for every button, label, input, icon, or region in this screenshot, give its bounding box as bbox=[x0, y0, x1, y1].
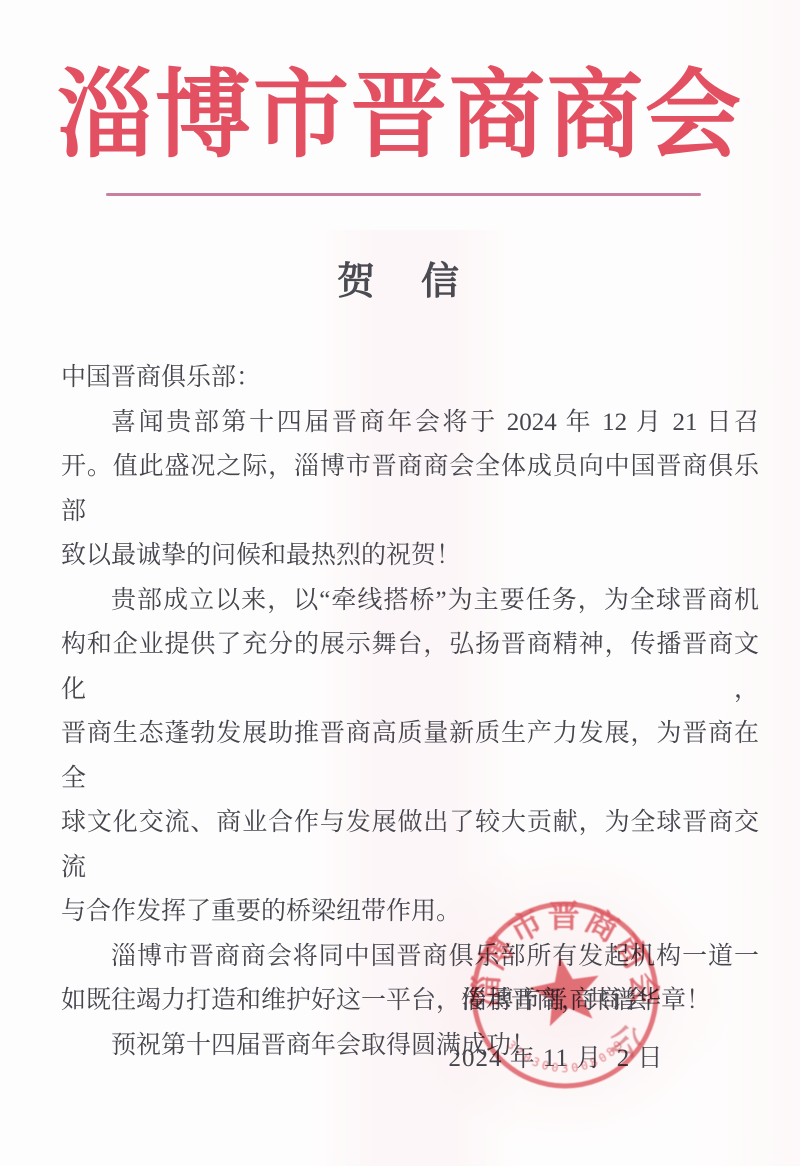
body-line: 致以最诚挚的问候和最热烈的祝贺！ bbox=[61, 534, 759, 579]
star-icon bbox=[525, 950, 606, 1028]
body-line: 开。值此盛况之际，淄博市晋商商会全体成员向中国晋商俱乐部 bbox=[61, 445, 759, 534]
letterhead-org-name: 淄博市晋商商会 bbox=[0, 58, 800, 173]
body-line: 喜闻贵部第十四届晋商年会将于 2024 年 12 月 21 日召 bbox=[61, 401, 759, 446]
body-line: 贵部成立以来，以“牵线搭桥”为主要任务，为全球晋商机 bbox=[61, 579, 759, 624]
letter-title: 贺 信 bbox=[0, 250, 800, 305]
body-line: 晋商生态蓬勃发展助推晋商高质量新质生产力发展，为晋商在全 bbox=[61, 712, 759, 801]
salutation-line: 中国晋商俱乐部： bbox=[61, 356, 759, 401]
letter-page: 淄博市晋商商会 贺 信 中国晋商俱乐部： 喜闻贵部第十四届晋商年会将于 2024… bbox=[0, 0, 800, 1166]
letterhead-divider bbox=[106, 193, 701, 196]
official-seal: 淄博市晋商商会 3703003008089 公 bbox=[445, 875, 685, 1115]
body-line: 构和企业提供了充分的展示舞台，弘扬晋商精神，传播晋商文化， bbox=[61, 623, 759, 712]
